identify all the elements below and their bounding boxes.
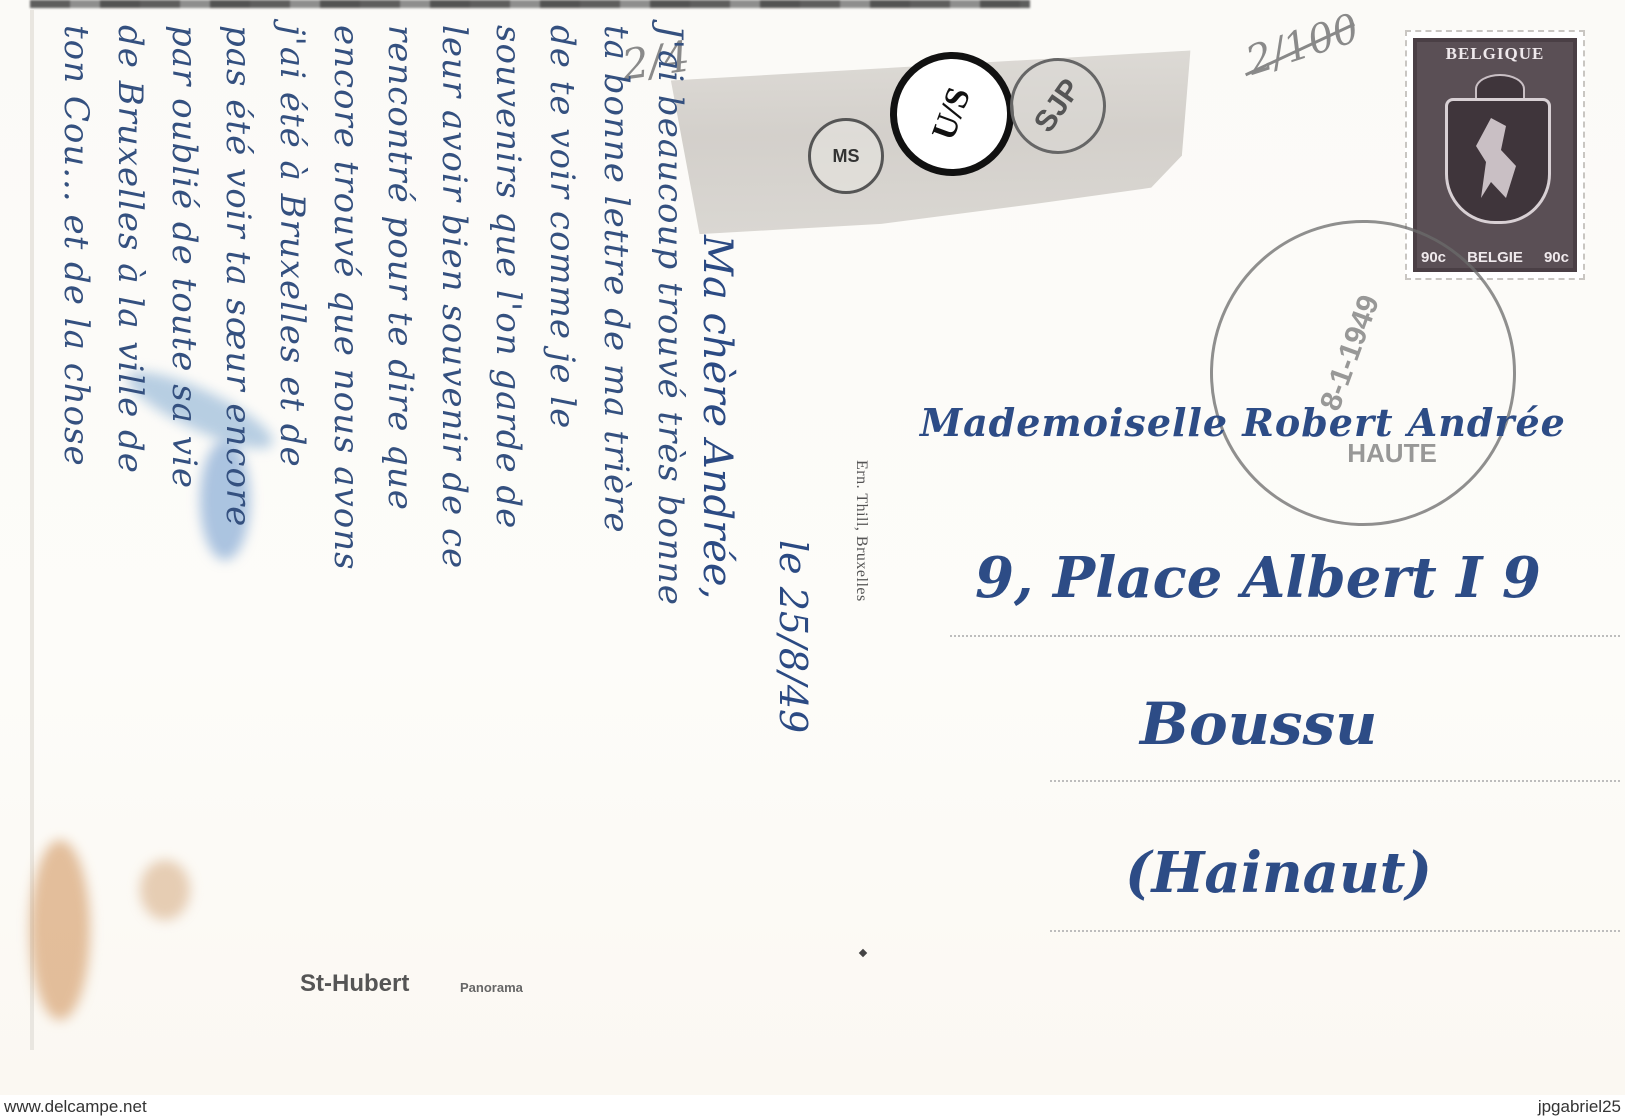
message-line: de Bruxelles à la ville de: [110, 25, 150, 474]
watermark-seller: jpgabriel25: [1538, 1097, 1621, 1117]
address-province: (Hainaut): [1125, 840, 1432, 906]
collector-seal: MS: [808, 118, 884, 194]
view-caption-sub: Panorama: [460, 980, 523, 995]
watermark-bar: www.delcampe.net jpgabriel25: [0, 1095, 1625, 1120]
pencil-price: 2/100: [1241, 5, 1365, 84]
message-line: leur avoir bien souvenir de ce: [434, 25, 474, 569]
message-line: encore trouvé que nous avons: [326, 25, 366, 571]
rust-stain: [140, 860, 190, 920]
address-guide-line: [950, 635, 1620, 637]
message-line: ton Cou... et de la chose: [56, 25, 96, 467]
message-line: par oublié de toute sa vie: [164, 25, 204, 489]
address-street: 9, Place Albert I 9: [975, 545, 1541, 611]
message-line: j'ai été à Bruxelles et de: [272, 25, 312, 468]
view-caption: St-Hubert: [300, 970, 409, 998]
watermark-site: www.delcampe.net: [4, 1097, 147, 1117]
stamp-country-bottom: BELGIE: [1467, 249, 1523, 266]
message-line: ta bonne lettre de ma trière: [596, 25, 636, 534]
stamp-design: BELGIQUE 90c BELGIE 90c: [1413, 38, 1577, 272]
message-line: rencontré pour te dire que: [380, 25, 420, 511]
address-guide-line: [1050, 780, 1620, 782]
postmark-date: 8-1-1949: [1314, 291, 1387, 415]
torn-top-edge: [30, 0, 1030, 8]
rust-stain: [30, 840, 90, 1020]
address-recipient: Mademoiselle Robert Andrée: [920, 400, 1566, 445]
message-line: souvenirs que l'on garde de: [488, 25, 528, 529]
stamp-value-right: 90c: [1544, 249, 1569, 266]
address-guide-line: [1050, 930, 1620, 932]
postcard-back: MS U/S SJP 2/4 2/100 BELGIQUE 90c BELGIE…: [0, 0, 1625, 1095]
ornament-icon: [859, 949, 867, 957]
address-city: Boussu: [1140, 690, 1377, 758]
publisher-imprint: Ern. Thill, Bruxelles: [852, 460, 870, 602]
message-line: pas été voir ta sœur encore: [218, 25, 258, 527]
message-line: J'ai beaucoup trouvé très bonne: [650, 25, 690, 606]
message-line: de te voir comme je le: [542, 25, 582, 429]
message-greeting: Ma chère Andrée,: [694, 235, 740, 599]
stamp-country-top: BELGIQUE: [1413, 44, 1577, 64]
message-date: le 25/8/49: [771, 540, 815, 733]
